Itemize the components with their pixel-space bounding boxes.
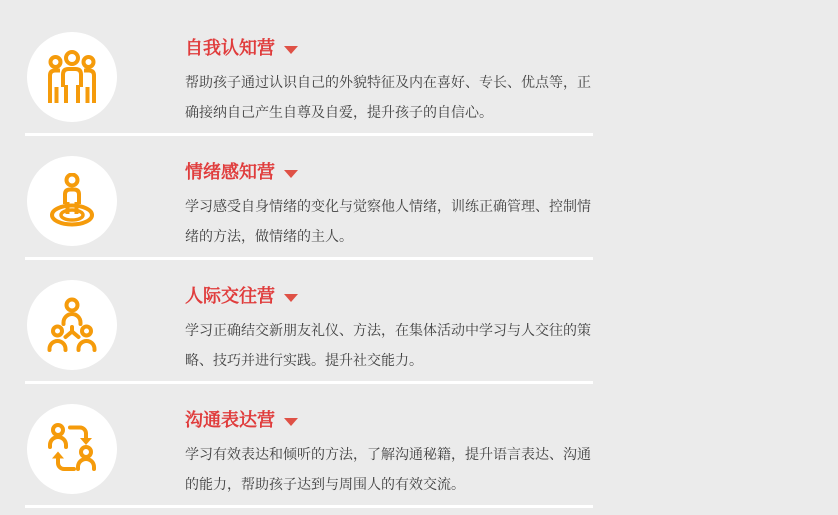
people-exchange-arrows-icon (46, 421, 98, 477)
camp-list: 自我认知营 帮助孩子通过认识自己的外貌特征及内在喜好、专长、优点等，正确接纳自己… (0, 0, 838, 508)
divider (25, 505, 593, 508)
camp-section-interpersonal: 人际交往营 学习正确结交新朋友礼仪、方法，在集体活动中学习与人交往的策略、技巧并… (0, 260, 838, 381)
camp-section-emotion-perception: 情绪感知营 学习感受自身情绪的变化与觉察他人情绪，训练正确管理、控制情绪的方法，… (0, 136, 838, 257)
section-description: 学习感受自身情绪的变化与觉察他人情绪，训练正确管理、控制情绪的方法，做情绪的主人… (185, 191, 591, 251)
section-title-row[interactable]: 自我认知营 (185, 38, 591, 60)
emotion-perception-icon-circle (27, 156, 117, 246)
section-title-row[interactable]: 人际交往营 (185, 286, 591, 308)
section-title-row[interactable]: 情绪感知营 (185, 162, 591, 184)
person-on-target-rings-icon (46, 173, 98, 229)
camp-section-self-awareness: 自我认知营 帮助孩子通过认识自己的外貌特征及内在喜好、专长、优点等，正确接纳自己… (0, 12, 838, 133)
triangle-down-icon[interactable] (284, 46, 298, 54)
triangle-down-icon[interactable] (284, 170, 298, 178)
section-text: 自我认知营 帮助孩子通过认识自己的外貌特征及内在喜好、专长、优点等，正确接纳自己… (185, 12, 591, 127)
section-text: 人际交往营 学习正确结交新朋友礼仪、方法，在集体活动中学习与人交往的策略、技巧并… (185, 260, 591, 375)
section-title[interactable]: 情绪感知营 (185, 162, 275, 184)
triangle-down-icon[interactable] (284, 294, 298, 302)
communication-icon-circle (27, 404, 117, 494)
interpersonal-icon-circle (27, 280, 117, 370)
triangle-down-icon[interactable] (284, 418, 298, 426)
section-description: 学习有效表达和倾听的方法，了解沟通秘籍，提升语言表达、沟通的能力，帮助孩子达到与… (185, 439, 591, 499)
section-description: 学习正确结交新朋友礼仪、方法，在集体活动中学习与人交往的策略、技巧并进行实践。提… (185, 315, 591, 375)
section-title[interactable]: 沟通表达营 (185, 410, 275, 432)
self-awareness-icon-circle (27, 32, 117, 122)
section-title-row[interactable]: 沟通表达营 (185, 410, 591, 432)
section-text: 情绪感知营 学习感受自身情绪的变化与觉察他人情绪，训练正确管理、控制情绪的方法，… (185, 136, 591, 251)
section-title[interactable]: 人际交往营 (185, 286, 275, 308)
camp-section-communication: 沟通表达营 学习有效表达和倾听的方法，了解沟通秘籍，提升语言表达、沟通的能力，帮… (0, 384, 838, 505)
group-of-people-icon (46, 49, 98, 105)
section-text: 沟通表达营 学习有效表达和倾听的方法，了解沟通秘籍，提升语言表达、沟通的能力，帮… (185, 384, 591, 499)
section-title[interactable]: 自我认知营 (185, 38, 275, 60)
people-hierarchy-icon (46, 297, 98, 353)
section-description: 帮助孩子通过认识自己的外貌特征及内在喜好、专长、优点等，正确接纳自己产生自尊及自… (185, 67, 591, 127)
